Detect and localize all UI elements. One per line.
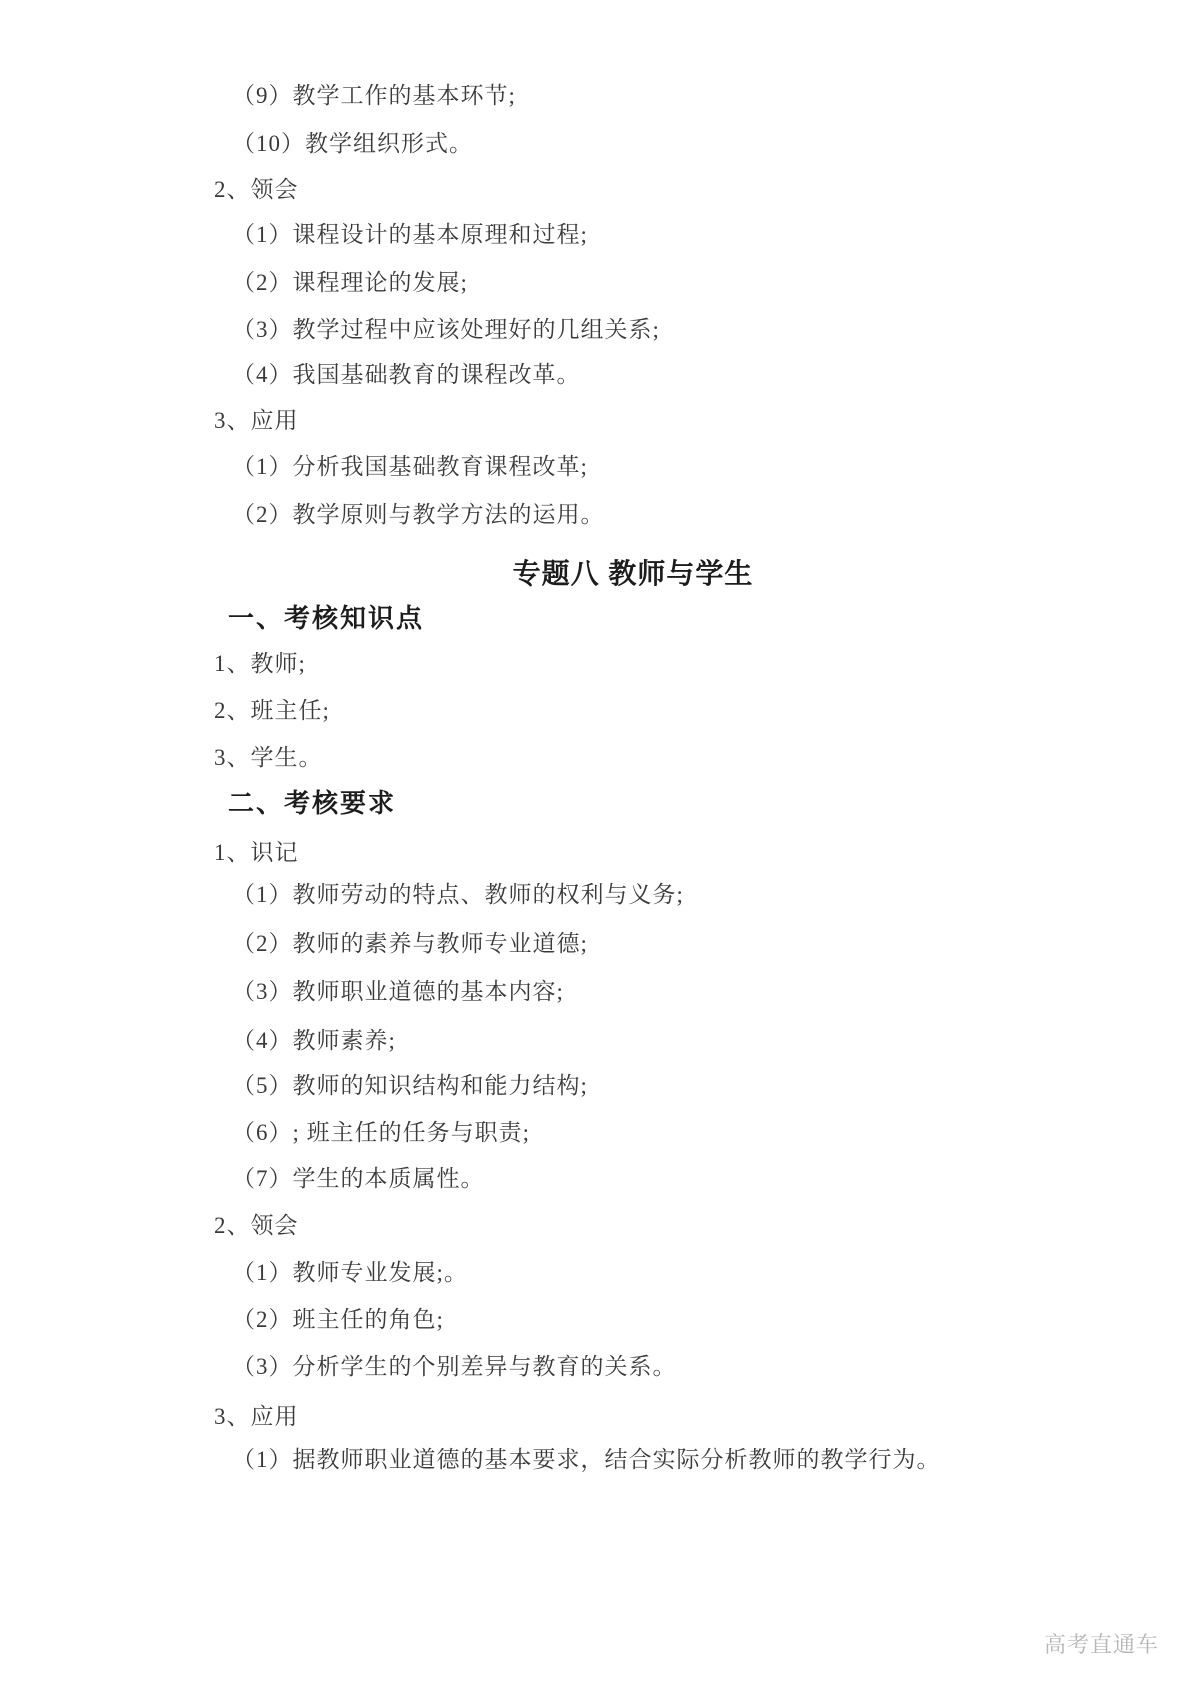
document-line: （1）教师劳动的特点、教师的权利与义务;: [232, 882, 684, 908]
document-line: （1）课程设计的基本原理和过程;: [232, 222, 588, 248]
document-line: （2）教师的素养与教师专业道德;: [232, 931, 588, 957]
document-line: （10）教学组织形式。: [232, 131, 473, 157]
document-line: （1）教师专业发展;。: [232, 1260, 468, 1286]
document-line: 2、领会: [214, 1213, 299, 1239]
document-line: （1）据教师职业道德的基本要求，结合实际分析教师的教学行为。: [232, 1447, 941, 1473]
document-line: （4）教师素养;: [232, 1028, 396, 1054]
document-line: （7）学生的本质属性。: [232, 1166, 485, 1192]
document-line: （9）教学工作的基本环节;: [232, 83, 516, 109]
document-line: （5）教师的知识结构和能力结构;: [232, 1073, 588, 1099]
document-line: （3）教师职业道德的基本内容;: [232, 979, 564, 1005]
document-line: 3、应用: [214, 1404, 299, 1430]
document-line: （3）教学过程中应该处理好的几组关系;: [232, 317, 660, 343]
document-line: （4）我国基础教育的课程改革。: [232, 362, 581, 388]
document-page: （9）教学工作的基本环节;（10）教学组织形式。2、领会（1）课程设计的基本原理…: [0, 0, 1190, 1683]
document-line: 2、班主任;: [214, 698, 330, 724]
document-line: 1、识记: [214, 840, 299, 866]
document-line: 3、应用: [214, 408, 299, 434]
document-line: （2）课程理论的发展;: [232, 270, 468, 296]
document-line: （2）教学原则与教学方法的运用。: [232, 502, 605, 528]
document-line: （2）班主任的角色;: [232, 1307, 444, 1333]
section-heading: 二、考核要求: [228, 789, 396, 819]
chapter-heading: 专题八 教师与学生: [0, 558, 1190, 590]
section-heading: 一、考核知识点: [228, 604, 424, 634]
watermark: 高考直通车: [1044, 1628, 1159, 1659]
document-line: 2、领会: [214, 177, 299, 203]
document-line: 1、教师;: [214, 651, 306, 677]
document-line: （3）分析学生的个别差异与教育的关系。: [232, 1354, 677, 1380]
document-line: 3、学生。: [214, 745, 323, 771]
document-line: （6）; 班主任的任务与职责;: [232, 1120, 530, 1146]
document-line: （1）分析我国基础教育课程改革;: [232, 454, 588, 480]
